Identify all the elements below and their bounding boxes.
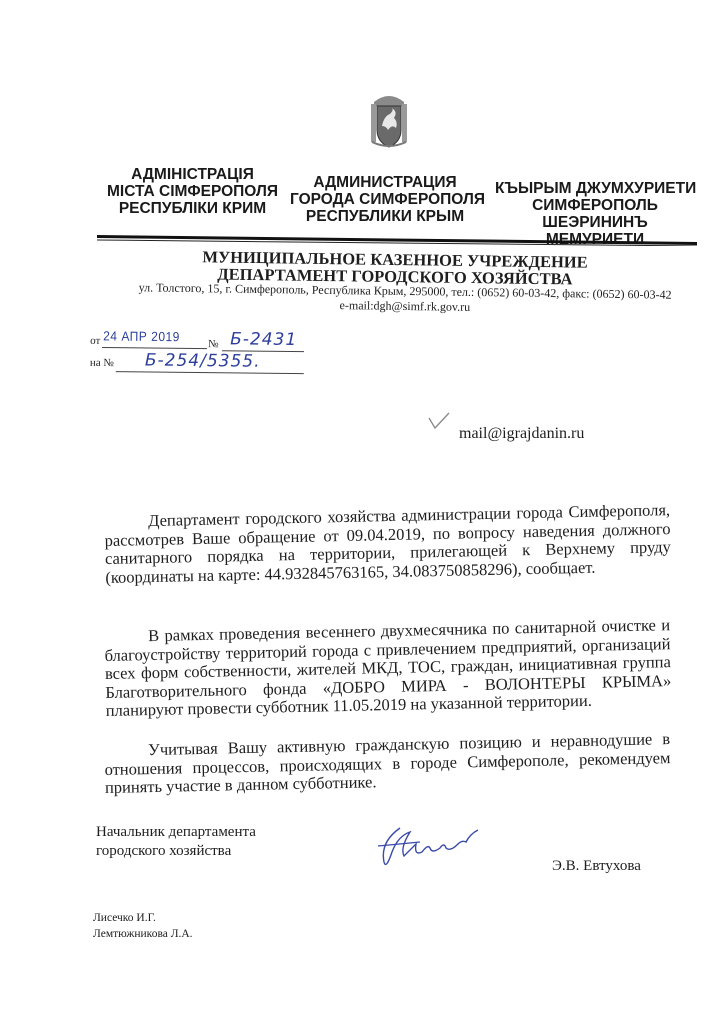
date-label: от: [90, 335, 100, 347]
body-paragraph-2: В рамках проведения весеннего двухмесячн…: [104, 616, 672, 720]
number-label: №: [208, 338, 219, 350]
signatory-title: Начальник департамента городского хозяйс…: [96, 823, 256, 861]
coat-of-arms-icon: [368, 92, 410, 150]
body-paragraph-3: Учитывая Вашу активную гражданскую позиц…: [104, 730, 671, 797]
date-stamp: 24 АПР 2019: [103, 328, 180, 344]
executors: Лисечко И.Г. Лемтюжникова Л.А.: [93, 910, 193, 942]
handwritten-signature: [370, 822, 485, 872]
reply-to-number: Б-254/5355.: [145, 350, 261, 371]
signatory-name: Э.В. Евтухова: [552, 858, 641, 875]
registration-block: от 24 АПР 2019 № Б-2431 на № Б-254/5355.: [90, 327, 306, 381]
letterhead-divider: [97, 232, 697, 246]
outgoing-number: Б-2431: [230, 329, 297, 350]
header-russian: АДМИНИСТРАЦИЯ ГОРОДА СИМФЕРОПОЛЯ РЕСПУБЛ…: [290, 174, 480, 225]
header-ukrainian: АДМІНІСТРАЦІЯ МІСТА СІМФЕРОПОЛЯ РЕСПУБЛІ…: [100, 166, 285, 217]
reply-to-label: на №: [90, 357, 114, 369]
body-paragraph-1: Департамент городского хозяйства админис…: [104, 501, 671, 587]
recipient-email: mail@igrajdanin.ru: [459, 425, 584, 443]
checkmark-icon: [428, 412, 450, 430]
